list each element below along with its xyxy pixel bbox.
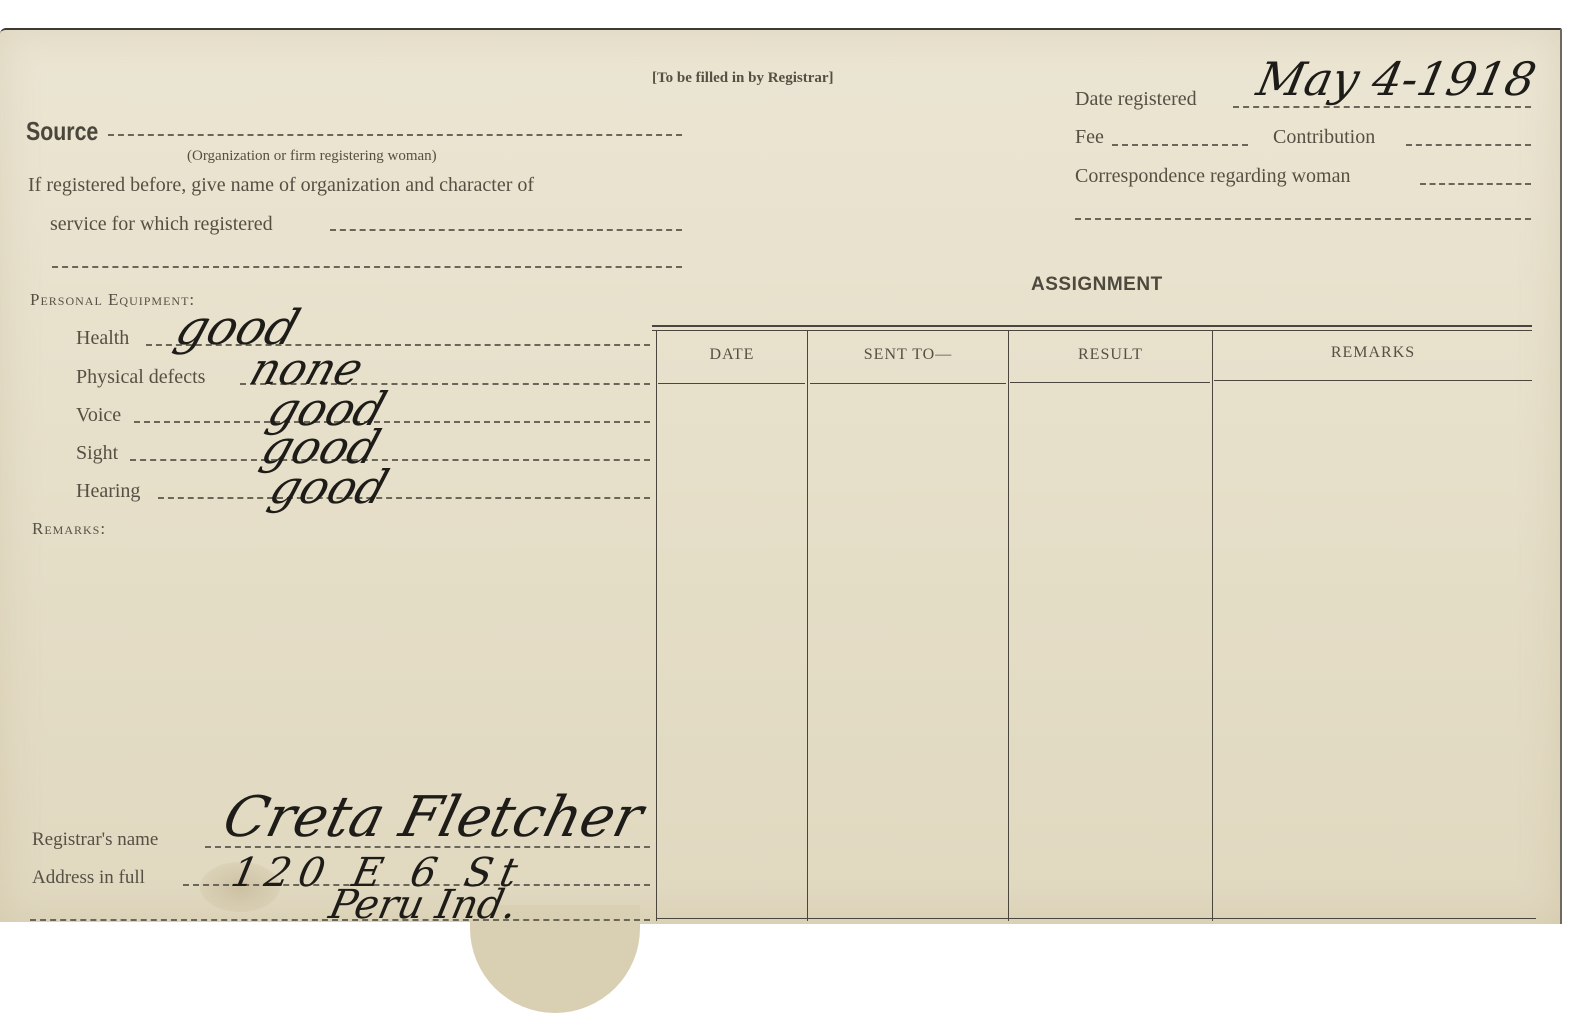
physical-defects-label: Physical defects bbox=[76, 366, 205, 389]
correspondence-label: Correspondence regarding woman bbox=[1075, 165, 1350, 188]
table-top-rule bbox=[652, 325, 1532, 327]
correspondence-field[interactable] bbox=[1420, 183, 1531, 185]
header-underline bbox=[810, 383, 1006, 384]
hearing-label: Hearing bbox=[76, 480, 140, 503]
address-line2-value: Peru Ind. bbox=[325, 882, 521, 928]
remarks-column-cells[interactable] bbox=[1213, 385, 1533, 917]
source-label: Source bbox=[26, 116, 98, 147]
table-bottom-rule bbox=[656, 918, 1536, 919]
registered-before-label: If registered before, give name of organ… bbox=[28, 174, 534, 197]
col-header-remarks: REMARKS bbox=[1213, 344, 1533, 362]
header-underline bbox=[1214, 380, 1532, 381]
hearing-value: good bbox=[263, 460, 395, 514]
date-column-cells[interactable] bbox=[657, 385, 807, 917]
voice-label: Voice bbox=[76, 404, 121, 427]
registered-before-label-2: service for which registered bbox=[50, 213, 273, 236]
card-cutout bbox=[0, 922, 470, 1025]
remarks-label: Remarks: bbox=[32, 519, 106, 539]
col-header-date: DATE bbox=[657, 346, 807, 364]
hearing-field[interactable] bbox=[158, 497, 650, 499]
registrar-name-label: Registrar's name bbox=[32, 829, 158, 851]
registrar-name-value: Creta Fletcher bbox=[217, 785, 649, 850]
table-top-rule-2 bbox=[652, 330, 1532, 331]
date-registered-field[interactable] bbox=[1233, 106, 1531, 108]
assignment-title: ASSIGNMENT bbox=[1031, 274, 1163, 296]
fee-label: Fee bbox=[1075, 126, 1104, 149]
registrar-note: [To be filled in by Registrar] bbox=[652, 70, 834, 87]
date-registered-value: May 4-1918 bbox=[1252, 52, 1540, 106]
sight-label: Sight bbox=[76, 442, 118, 465]
correspondence-field-2[interactable] bbox=[1075, 218, 1531, 220]
col-header-result: RESULT bbox=[1009, 346, 1212, 364]
date-registered-label: Date registered bbox=[1075, 88, 1197, 111]
registered-before-field[interactable] bbox=[330, 229, 682, 231]
fee-field[interactable] bbox=[1112, 144, 1248, 146]
registered-before-field-2[interactable] bbox=[52, 266, 682, 268]
voice-field[interactable] bbox=[134, 421, 650, 423]
sent-to-column-cells[interactable] bbox=[808, 385, 1008, 917]
header-underline bbox=[1010, 382, 1210, 383]
contribution-field[interactable] bbox=[1406, 144, 1531, 146]
col-header-sent-to: SENT TO— bbox=[808, 346, 1008, 364]
result-column-cells[interactable] bbox=[1009, 385, 1212, 917]
health-label: Health bbox=[76, 327, 129, 350]
source-field[interactable] bbox=[108, 134, 682, 136]
address-label: Address in full bbox=[32, 867, 145, 889]
header-underline bbox=[658, 383, 805, 384]
personal-equipment-heading: Personal Equipment: bbox=[30, 290, 195, 310]
contribution-label: Contribution bbox=[1273, 126, 1375, 149]
source-sublabel: (Organization or firm registering woman) bbox=[187, 148, 437, 165]
